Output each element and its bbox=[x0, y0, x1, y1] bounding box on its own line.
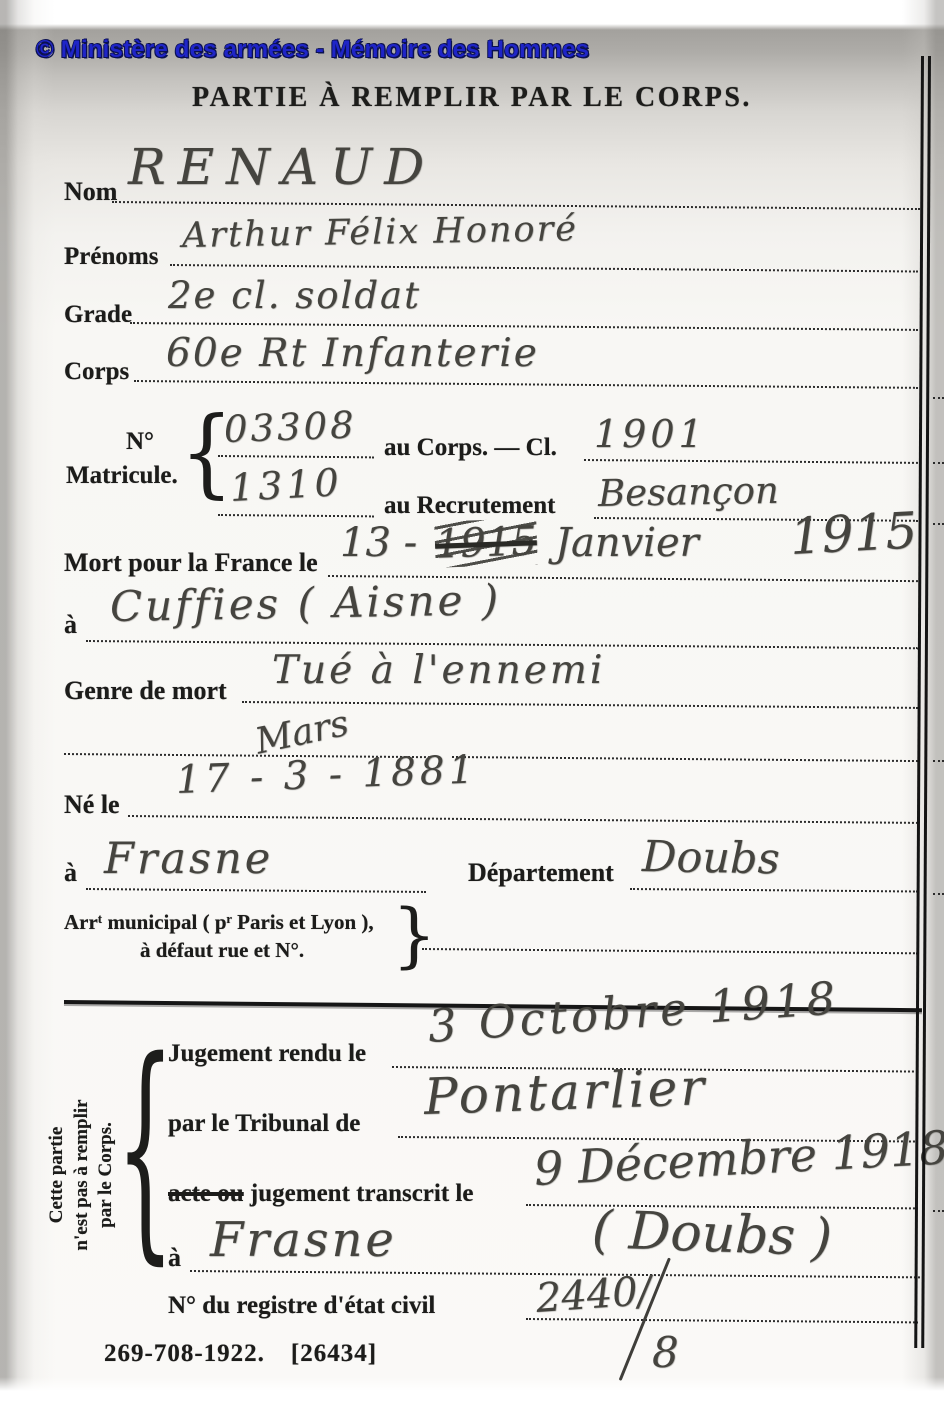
transcrit-label-rest: jugement transcrit le bbox=[244, 1180, 474, 1207]
mort-struck-text: 1915 bbox=[434, 518, 537, 568]
au-corps-label: au Corps. — Cl. bbox=[384, 434, 557, 462]
matricule-recrutement-number: 1310 bbox=[229, 460, 344, 510]
birth-place-label: à bbox=[64, 858, 77, 888]
corps-label: Corps bbox=[64, 358, 129, 386]
matricule-corps-number: 03308 bbox=[223, 403, 357, 451]
prenoms-handwritten-value: Arthur Félix Honoré bbox=[182, 209, 579, 256]
print-code: 269-708-1922. bbox=[104, 1340, 265, 1367]
birth-place-handwritten: Frasne bbox=[104, 834, 273, 884]
registre-label: N° du registre d'état civil bbox=[168, 1292, 435, 1320]
au-recrutement-label: au Recrutement bbox=[384, 492, 555, 520]
departement-handwritten: Doubs bbox=[642, 832, 781, 884]
birth-place-dotted-line bbox=[86, 888, 426, 893]
acte-ou-struck-label: acte ou bbox=[168, 1180, 244, 1207]
transcrit-date-handwritten: 9 Décembre 1918 bbox=[533, 1120, 944, 1196]
departement-dotted-line bbox=[630, 888, 918, 893]
genre-mort-label: Genre de mort bbox=[64, 676, 227, 706]
matricule-label: Matricule. bbox=[66, 462, 178, 490]
grade-dotted-line bbox=[130, 322, 918, 331]
jugement-rendu-handwritten: 3 Octobre 1918 bbox=[426, 971, 841, 1053]
registre-dotted-line bbox=[526, 1318, 918, 1323]
arrondissement-dotted-line bbox=[422, 948, 918, 954]
birth-date-handwritten: 17 - 3 - 1881 bbox=[175, 747, 478, 802]
mort-place-label: à bbox=[64, 610, 77, 640]
jugement-section-brace: { bbox=[116, 1032, 175, 1268]
side-note-line2: n'est pas à remplir bbox=[70, 1030, 95, 1320]
birth-date-label: Né le bbox=[64, 790, 120, 820]
tribunal-label: par le Tribunal de bbox=[168, 1110, 360, 1138]
nom-label: Nom bbox=[64, 177, 117, 207]
mort-year-handwritten: 1915 bbox=[788, 501, 918, 566]
matricule-dotted-line bbox=[218, 455, 374, 458]
mort-month: Janvier bbox=[555, 520, 699, 566]
copyright-watermark: © Ministère des armées - Mémoire des Hom… bbox=[36, 36, 589, 64]
mort-day: 13 - bbox=[340, 520, 417, 566]
transcription-place-handwritten: Frasne bbox=[210, 1212, 397, 1268]
print-bracket-number: [26434] bbox=[291, 1340, 377, 1367]
transcription-dept-handwritten: ( Doubs ) bbox=[591, 1200, 833, 1268]
birth-date-dotted-line bbox=[128, 815, 918, 824]
tribunal-handwritten: Pontarlier bbox=[423, 1058, 708, 1126]
grade-handwritten-value: 2e cl. soldat bbox=[168, 274, 421, 317]
corps-handwritten-value: 60e Rt Infanterie bbox=[166, 331, 539, 376]
arrondissement-brace: } bbox=[392, 900, 437, 970]
scanned-death-record-page: © Ministère des armées - Mémoire des Hom… bbox=[0, 0, 944, 1417]
edge-dot-fragment bbox=[933, 760, 944, 762]
registre-number-handwritten: 2440/ bbox=[534, 1268, 652, 1322]
departement-label: Département bbox=[468, 858, 614, 888]
mort-place-handwritten: Cuffies ( Aisne ) bbox=[110, 575, 502, 631]
edge-dot-fragment bbox=[933, 397, 944, 399]
form-title: PARTIE À REMPLIR PAR LE CORPS. bbox=[56, 82, 888, 114]
grade-label: Grade bbox=[64, 301, 132, 329]
edge-dot-fragment bbox=[933, 893, 944, 895]
nom-dotted-line bbox=[112, 201, 920, 210]
recrutement-place-handwritten: Besançon bbox=[598, 469, 780, 515]
jugement-rendu-label: Jugement rendu le bbox=[168, 1040, 366, 1068]
empty-dotted-line-2 bbox=[452, 756, 918, 762]
mort-date-handwritten: 13 -1915Janvier bbox=[340, 520, 699, 566]
corps-dotted-line bbox=[134, 380, 918, 389]
prenoms-dotted-line bbox=[170, 264, 918, 273]
classe-dotted-line bbox=[584, 459, 918, 464]
edge-dot-fragment bbox=[933, 1210, 944, 1212]
matricule-label-no: N° bbox=[126, 428, 154, 456]
arrondissement-label-line2: à défaut rue et N°. bbox=[140, 938, 304, 963]
nom-handwritten-value: RENAUD bbox=[128, 138, 436, 196]
arrondissement-label-line1: Arrᵗ municipal ( pʳ Paris et Lyon ), bbox=[64, 910, 374, 935]
mort-label: Mort pour la France le bbox=[64, 548, 318, 578]
prenoms-label: Prénoms bbox=[64, 243, 158, 271]
edge-dot-fragment bbox=[933, 462, 944, 464]
edge-dot-fragment bbox=[933, 523, 944, 525]
matricule-dotted-line-2 bbox=[218, 514, 374, 517]
registre-number-denominator: 8 bbox=[652, 1328, 679, 1377]
transcription-place-label: à bbox=[168, 1243, 181, 1273]
side-note-line1: Cette partie bbox=[45, 1030, 70, 1320]
transcrit-label: acte ou jugement transcrit le bbox=[168, 1180, 473, 1208]
classe-handwritten-value: 1901 bbox=[594, 412, 707, 456]
genre-mort-handwritten: Tué à l'ennemi bbox=[272, 648, 605, 693]
print-reference: 269-708-1922.[26434] bbox=[104, 1340, 377, 1368]
